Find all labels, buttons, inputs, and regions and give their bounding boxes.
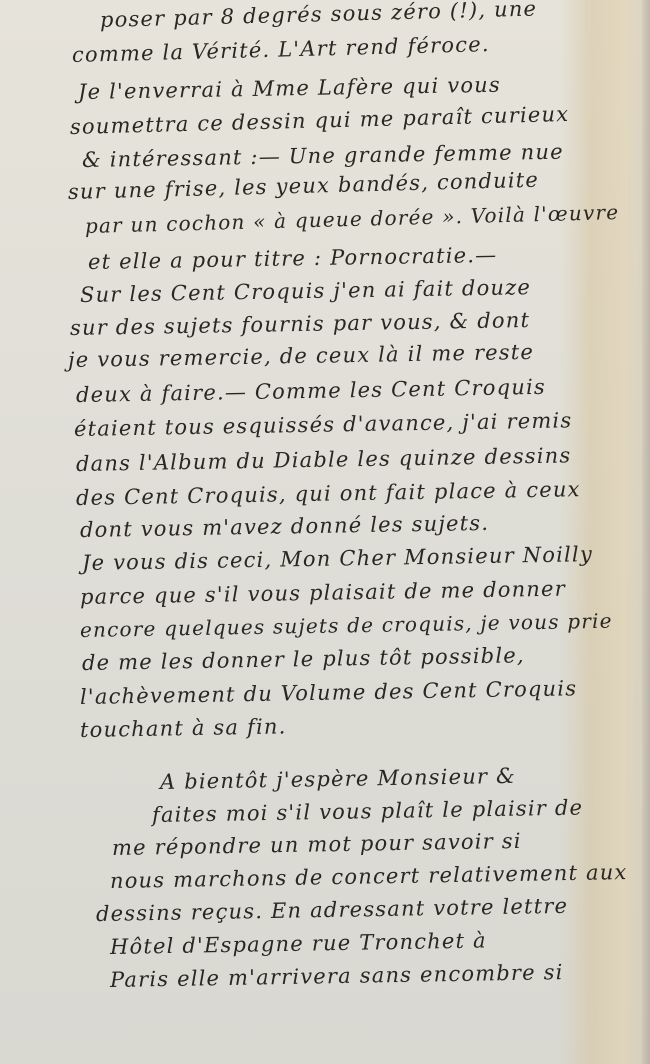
- letter-line: & intéressant :— Une grande femme nue: [82, 140, 564, 172]
- letter-line: touchant à sa fin.: [80, 714, 287, 742]
- letter-line-pornocratie: et elle a pour titre : Pornocratie.—: [88, 243, 498, 274]
- letter-line: comme la Vérité. L'Art rend féroce.: [72, 32, 490, 67]
- closing-line: A bientôt j'espère Monsieur &: [160, 764, 516, 794]
- letter-line: de me les donner le plus tôt possible,: [82, 643, 525, 675]
- closing-line: faites moi s'il vous plaît le plaisir de: [152, 795, 584, 827]
- letter-line: Je l'enverrai à Mme Lafère qui vous: [78, 73, 501, 104]
- letter-line: deux à faire.— Comme les Cent Croquis: [76, 375, 546, 407]
- letter-line: parce que s'il vous plaisait de me donne…: [80, 577, 566, 609]
- letter-line: encore quelques sujets de croquis, je vo…: [80, 609, 613, 642]
- letter-line: soumettra ce dessin qui me paraît curieu…: [70, 102, 570, 139]
- letter-line: Je vous dis ceci, Mon Cher Monsieur Noil…: [82, 542, 593, 575]
- letter-line: je vous remercie, de ceux là il me reste: [68, 340, 534, 372]
- closing-line: Hôtel d'Espagne rue Tronchet à: [110, 928, 487, 959]
- letter-line: poser par 8 degrés sous zéro (!), une: [100, 0, 538, 32]
- closing-line: Paris elle m'arrivera sans encombre si: [110, 960, 564, 992]
- letter-line: dans l'Album du Diable les quinze dessin…: [76, 443, 572, 476]
- closing-line: me répondre un mot pour savoir si: [112, 829, 522, 860]
- letter-page: poser par 8 degrés sous zéro (!), une co…: [0, 0, 650, 1064]
- letter-line: des Cent Croquis, qui ont fait place à c…: [76, 477, 581, 510]
- closing-line: dessins reçus. En adressant votre lettre: [96, 894, 569, 926]
- letter-line: Sur les Cent Croquis j'en ai fait douze: [80, 275, 531, 307]
- letter-line: l'achèvement du Volume des Cent Croquis: [80, 676, 578, 709]
- letter-line: étaient tous esquissés d'avance, j'ai re…: [74, 408, 573, 441]
- closing-line: nous marchons de concert relativement au…: [110, 860, 628, 893]
- letter-line: dont vous m'avez donné les sujets.: [80, 511, 490, 542]
- letter-line: sur des sujets fournis par vous, & dont: [70, 308, 531, 340]
- letter-line: par un cochon « à queue dorée ». Voilà l…: [85, 200, 620, 238]
- letter-line: sur une frise, les yeux bandés, conduite: [68, 168, 540, 204]
